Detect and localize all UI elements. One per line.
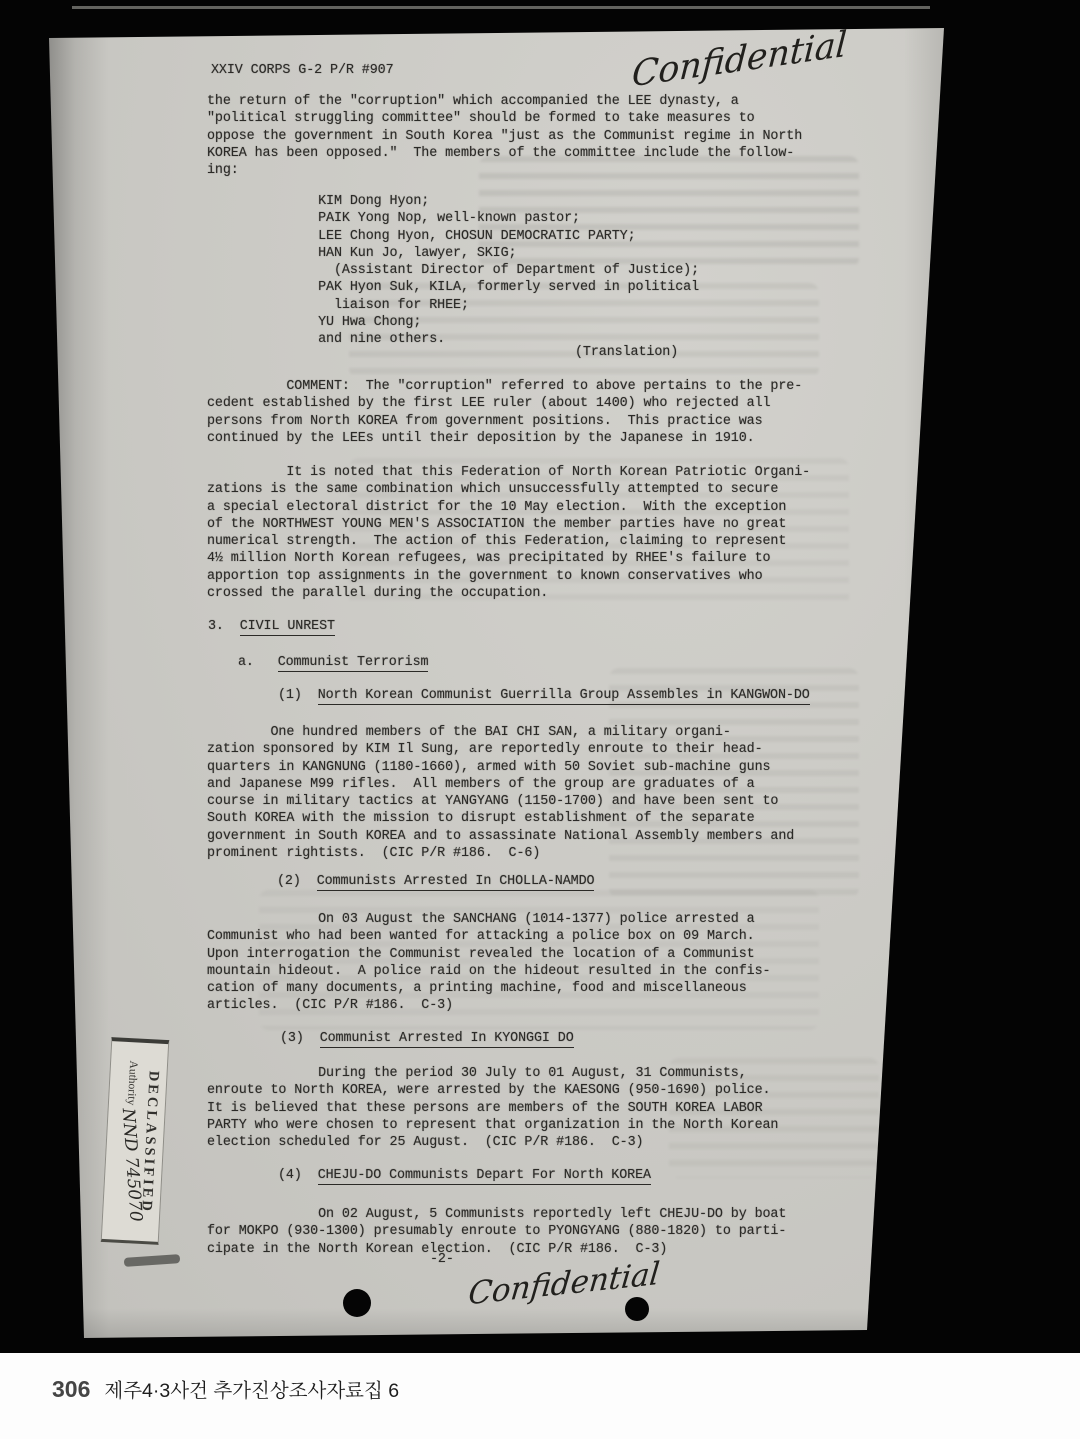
- footer-book-title: 제주4·3사건 추가진상조사자료집 6: [104, 1375, 399, 1403]
- subsection-a-title: Communist Terrorism: [278, 655, 429, 672]
- scanned-page-view: XXIV CORPS G-2 P/R #907 Confidential the…: [0, 0, 1080, 1439]
- ink-smudge: [124, 1254, 180, 1267]
- punch-hole-left-icon: [343, 1289, 371, 1317]
- item-3-title: Communist Arrested In KYONGGI DO: [320, 1031, 574, 1048]
- report-header: XXIV CORPS G-2 P/R #907: [211, 62, 394, 79]
- item-4-number: (4): [278, 1168, 302, 1183]
- item-3-heading: (3) Communist Arrested In KYONGGI DO: [280, 1030, 574, 1047]
- item-2-heading: (2) Communists Arrested In CHOLLA-NAMDO: [277, 873, 594, 890]
- translation-note: (Translation): [575, 344, 678, 361]
- item-2-title: Communists Arrested In CHOLLA-NAMDO: [317, 874, 595, 891]
- footer-page-number: 306: [52, 1376, 90, 1403]
- section-3-heading: 3. CIVIL UNREST: [208, 618, 335, 635]
- item-3-body: During the period 30 July to 01 August, …: [207, 1065, 778, 1151]
- committee-list: KIM Dong Hyon; PAIK Yong Nop, well-known…: [207, 193, 699, 349]
- subsection-a-heading: a. Communist Terrorism: [238, 654, 428, 671]
- stamp-authority-label: Authority: [125, 1060, 139, 1105]
- footer-caption: 306 제주4·3사건 추가진상조사자료집 6: [52, 1375, 399, 1403]
- item-1-title: North Korean Communist Guerrilla Group A…: [318, 688, 810, 705]
- item-1-body: One hundred members of the BAI CHI SAN, …: [207, 724, 794, 862]
- item-3-number: (3): [280, 1031, 304, 1046]
- document-page: XXIV CORPS G-2 P/R #907 Confidential the…: [49, 28, 944, 1338]
- section-3-number: 3.: [208, 619, 224, 634]
- federation-paragraph: It is noted that this Federation of Nort…: [207, 464, 810, 602]
- book-footer: 306 제주4·3사건 추가진상조사자료집 6: [0, 1353, 1080, 1439]
- declassified-stamp: DECLASSIFIED AuthorityNND 745070: [105, 1038, 165, 1243]
- item-4-body: On 02 August, 5 Communists reportedly le…: [207, 1206, 786, 1258]
- item-4-heading: (4) CHEJU-DO Communists Depart For North…: [278, 1167, 651, 1184]
- stamp-authority-number: NND 745070: [118, 1107, 146, 1222]
- item-1-number: (1): [278, 688, 302, 703]
- intro-paragraph: the return of the "corruption" which acc…: [207, 93, 802, 179]
- item-2-body: On 03 August the SANCHANG (1014-1377) po…: [207, 911, 770, 1015]
- comment-paragraph: COMMENT: The "corruption" referred to ab…: [207, 378, 802, 447]
- subsection-a-letter: a.: [238, 655, 254, 670]
- page-number: -2-: [430, 1251, 454, 1268]
- item-4-title: CHEJU-DO Communists Depart For North KOR…: [318, 1168, 651, 1185]
- punch-hole-right-icon: [625, 1297, 649, 1321]
- confidential-script-bottom: Confidential: [433, 1253, 695, 1316]
- adjacent-page-edge: [72, 6, 930, 9]
- section-3-title: CIVIL UNREST: [240, 619, 335, 636]
- item-2-number: (2): [277, 874, 301, 889]
- item-1-heading: (1) North Korean Communist Guerrilla Gro…: [278, 687, 810, 704]
- confidential-script-top: Confidential: [593, 20, 886, 100]
